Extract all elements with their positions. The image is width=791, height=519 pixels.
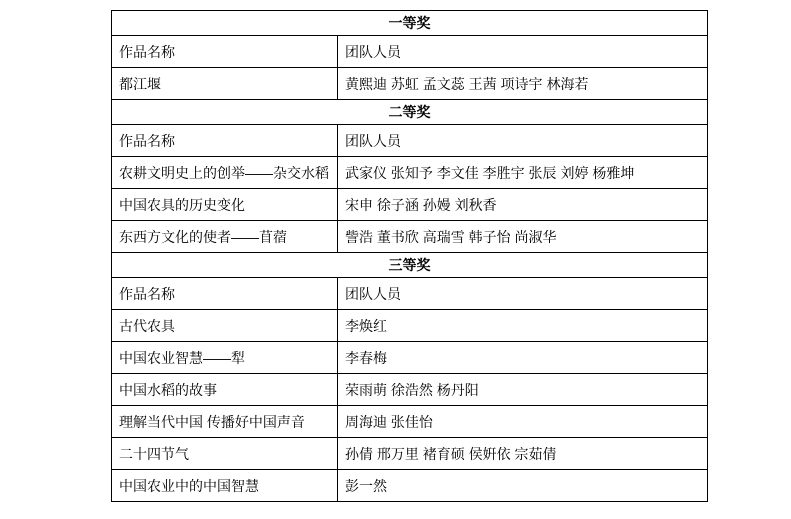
- table-row: 中国农业中的中国智慧彭一然: [112, 470, 708, 502]
- work-name-cell: 中国农业中的中国智慧: [112, 470, 338, 502]
- team-members-cell: 周海迪 张佳怡: [338, 406, 708, 438]
- awards-table-body: 一等奖作品名称团队人员都江堰黄熙迪 苏虹 孟文蕊 王茜 项诗宇 林海若二等奖作品…: [112, 11, 708, 502]
- work-name-header: 作品名称: [112, 278, 338, 310]
- team-members-cell: 李春梅: [338, 342, 708, 374]
- awards-table: 一等奖作品名称团队人员都江堰黄熙迪 苏虹 孟文蕊 王茜 项诗宇 林海若二等奖作品…: [111, 10, 708, 502]
- team-members-cell: 李焕红: [338, 310, 708, 342]
- column-header-row: 作品名称团队人员: [112, 278, 708, 310]
- section-title-row: 三等奖: [112, 253, 708, 278]
- team-members-cell: 訾浩 董书欣 高瑞雪 韩子怡 尚淑华: [338, 221, 708, 253]
- work-name-cell: 中国水稻的故事: [112, 374, 338, 406]
- section-title: 二等奖: [112, 100, 708, 125]
- team-members-header: 团队人员: [338, 36, 708, 68]
- table-row: 中国水稻的故事荣雨萌 徐浩然 杨丹阳: [112, 374, 708, 406]
- work-name-header: 作品名称: [112, 36, 338, 68]
- team-members-cell: 彭一然: [338, 470, 708, 502]
- team-members-cell: 黄熙迪 苏虹 孟文蕊 王茜 项诗宇 林海若: [338, 68, 708, 100]
- work-name-cell: 二十四节气: [112, 438, 338, 470]
- work-name-cell: 都江堰: [112, 68, 338, 100]
- section-title-row: 一等奖: [112, 11, 708, 36]
- column-header-row: 作品名称团队人员: [112, 125, 708, 157]
- section-title: 一等奖: [112, 11, 708, 36]
- team-members-cell: 孙倩 邢万里 褚育硕 侯姸依 宗茹倩: [338, 438, 708, 470]
- table-row: 中国农业智慧——犁李春梅: [112, 342, 708, 374]
- document-page: 一等奖作品名称团队人员都江堰黄熙迪 苏虹 孟文蕊 王茜 项诗宇 林海若二等奖作品…: [0, 0, 791, 519]
- table-row: 理解当代中国 传播好中国声音周海迪 张佳怡: [112, 406, 708, 438]
- table-row: 都江堰黄熙迪 苏虹 孟文蕊 王茜 项诗宇 林海若: [112, 68, 708, 100]
- team-members-header: 团队人员: [338, 278, 708, 310]
- team-members-cell: 武家仪 张知予 李文佳 李胜宇 张辰 刘婷 杨雅坤: [338, 157, 708, 189]
- team-members-cell: 荣雨萌 徐浩然 杨丹阳: [338, 374, 708, 406]
- work-name-cell: 理解当代中国 传播好中国声音: [112, 406, 338, 438]
- table-row: 中国农具的历史变化宋申 徐子涵 孙嫚 刘秋香: [112, 189, 708, 221]
- work-name-cell: 农耕文明史上的创举——杂交水稻: [112, 157, 338, 189]
- team-members-cell: 宋申 徐子涵 孙嫚 刘秋香: [338, 189, 708, 221]
- work-name-cell: 古代农具: [112, 310, 338, 342]
- section-title: 三等奖: [112, 253, 708, 278]
- team-members-header: 团队人员: [338, 125, 708, 157]
- column-header-row: 作品名称团队人员: [112, 36, 708, 68]
- table-row: 古代农具李焕红: [112, 310, 708, 342]
- work-name-cell: 东西方文化的使者——苜蓿: [112, 221, 338, 253]
- work-name-cell: 中国农具的历史变化: [112, 189, 338, 221]
- section-title-row: 二等奖: [112, 100, 708, 125]
- table-row: 东西方文化的使者——苜蓿訾浩 董书欣 高瑞雪 韩子怡 尚淑华: [112, 221, 708, 253]
- table-row: 农耕文明史上的创举——杂交水稻武家仪 张知予 李文佳 李胜宇 张辰 刘婷 杨雅坤: [112, 157, 708, 189]
- table-row: 二十四节气孙倩 邢万里 褚育硕 侯姸依 宗茹倩: [112, 438, 708, 470]
- work-name-header: 作品名称: [112, 125, 338, 157]
- work-name-cell: 中国农业智慧——犁: [112, 342, 338, 374]
